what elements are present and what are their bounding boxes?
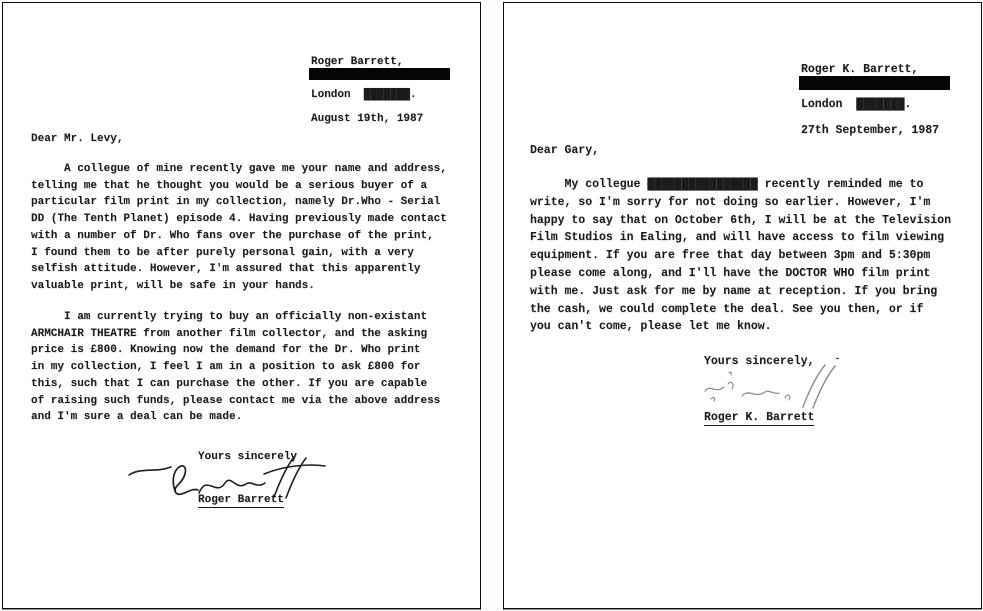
signed-name: Roger K. Barrett [704, 409, 814, 427]
signed-name: Roger Barrett [198, 492, 284, 509]
sender-city-line: London ███████. [801, 96, 911, 114]
salutation: Dear Gary, [530, 142, 599, 160]
redaction-bar-address [309, 68, 450, 80]
paragraph-1: A collegue of mine recently gave me your… [31, 161, 447, 295]
letter-date: 27th September, 1987 [801, 122, 939, 140]
sender-city-line: London ███████. [311, 87, 417, 104]
letter-date: August 19th, 1987 [311, 111, 423, 128]
paragraph-2: I am currently trying to buy an official… [31, 309, 440, 426]
redaction-bar-address [799, 76, 950, 90]
letter-page-august: Roger Barrett, London ███████. August 19… [2, 2, 481, 609]
paragraph-1: My collegue ████████████████ recently re… [530, 176, 951, 336]
letter-page-september: Roger K. Barrett, London ███████. 27th S… [503, 2, 982, 609]
handwritten-signature-icon [698, 363, 846, 411]
salutation: Dear Mr. Levy, [31, 131, 123, 148]
